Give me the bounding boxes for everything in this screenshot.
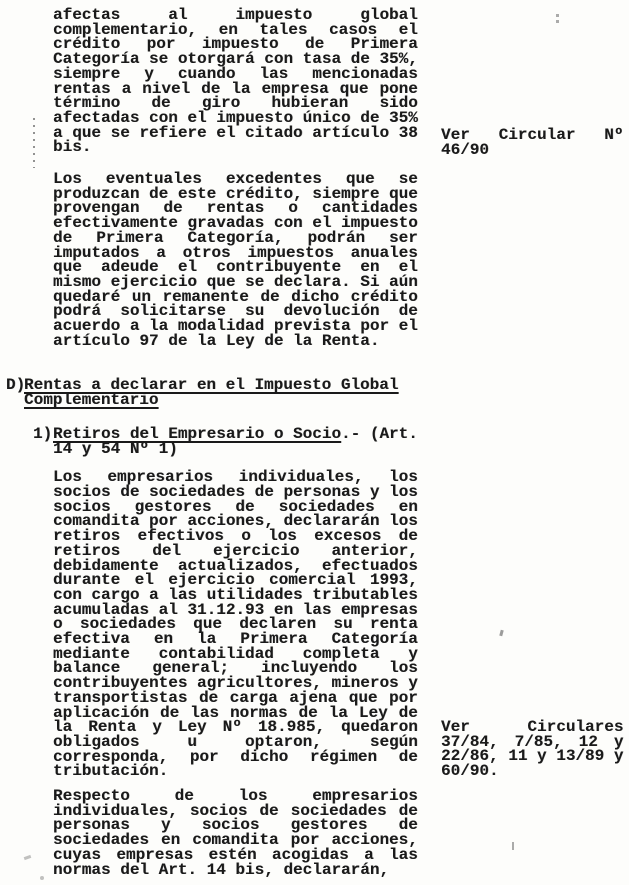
margin-note-circulares-list: Ver Circulares 37/84, 7/85, 12 y 22/86, … (441, 720, 623, 779)
scanned-document-page: afectas al impuesto global complementari… (0, 0, 629, 885)
main-text-column: afectas al impuesto global complementari… (53, 8, 418, 877)
scan-artifact-speck (24, 855, 32, 860)
section-d-heading: Rentas a declarar en el Impuesto Global … (24, 378, 398, 407)
paragraph-credit-primera-categoria: afectas al impuesto global complementari… (53, 8, 418, 155)
scan-artifact-speck (556, 14, 559, 17)
item-1: 1) Retiros del Empresario o Socio.- (Art… (53, 427, 418, 456)
scan-artifact-speck (512, 842, 514, 850)
item-1-title: Retiros del Empresario o Socio.- (Art. 1… (53, 427, 418, 456)
scan-artifact-speck (40, 876, 44, 880)
margin-note-circular-46-90: Ver Circular Nº 46/90 (441, 128, 623, 157)
item-1-marker: 1) (33, 427, 52, 442)
paragraph-respecto-art-14bis: Respecto de los empresarios individuales… (53, 789, 418, 877)
paragraph-excedentes-credito: Los eventuales excedentes que se produzc… (53, 172, 418, 348)
scan-artifact-dotted-line (33, 118, 35, 168)
scan-artifact-speck (499, 630, 503, 637)
section-d: D) Rentas a declarar en el Impuesto Glob… (24, 378, 398, 407)
paragraph-retiros-empresarios: Los empresarios individuales, los socios… (53, 470, 418, 779)
section-d-marker: D) (6, 378, 25, 393)
